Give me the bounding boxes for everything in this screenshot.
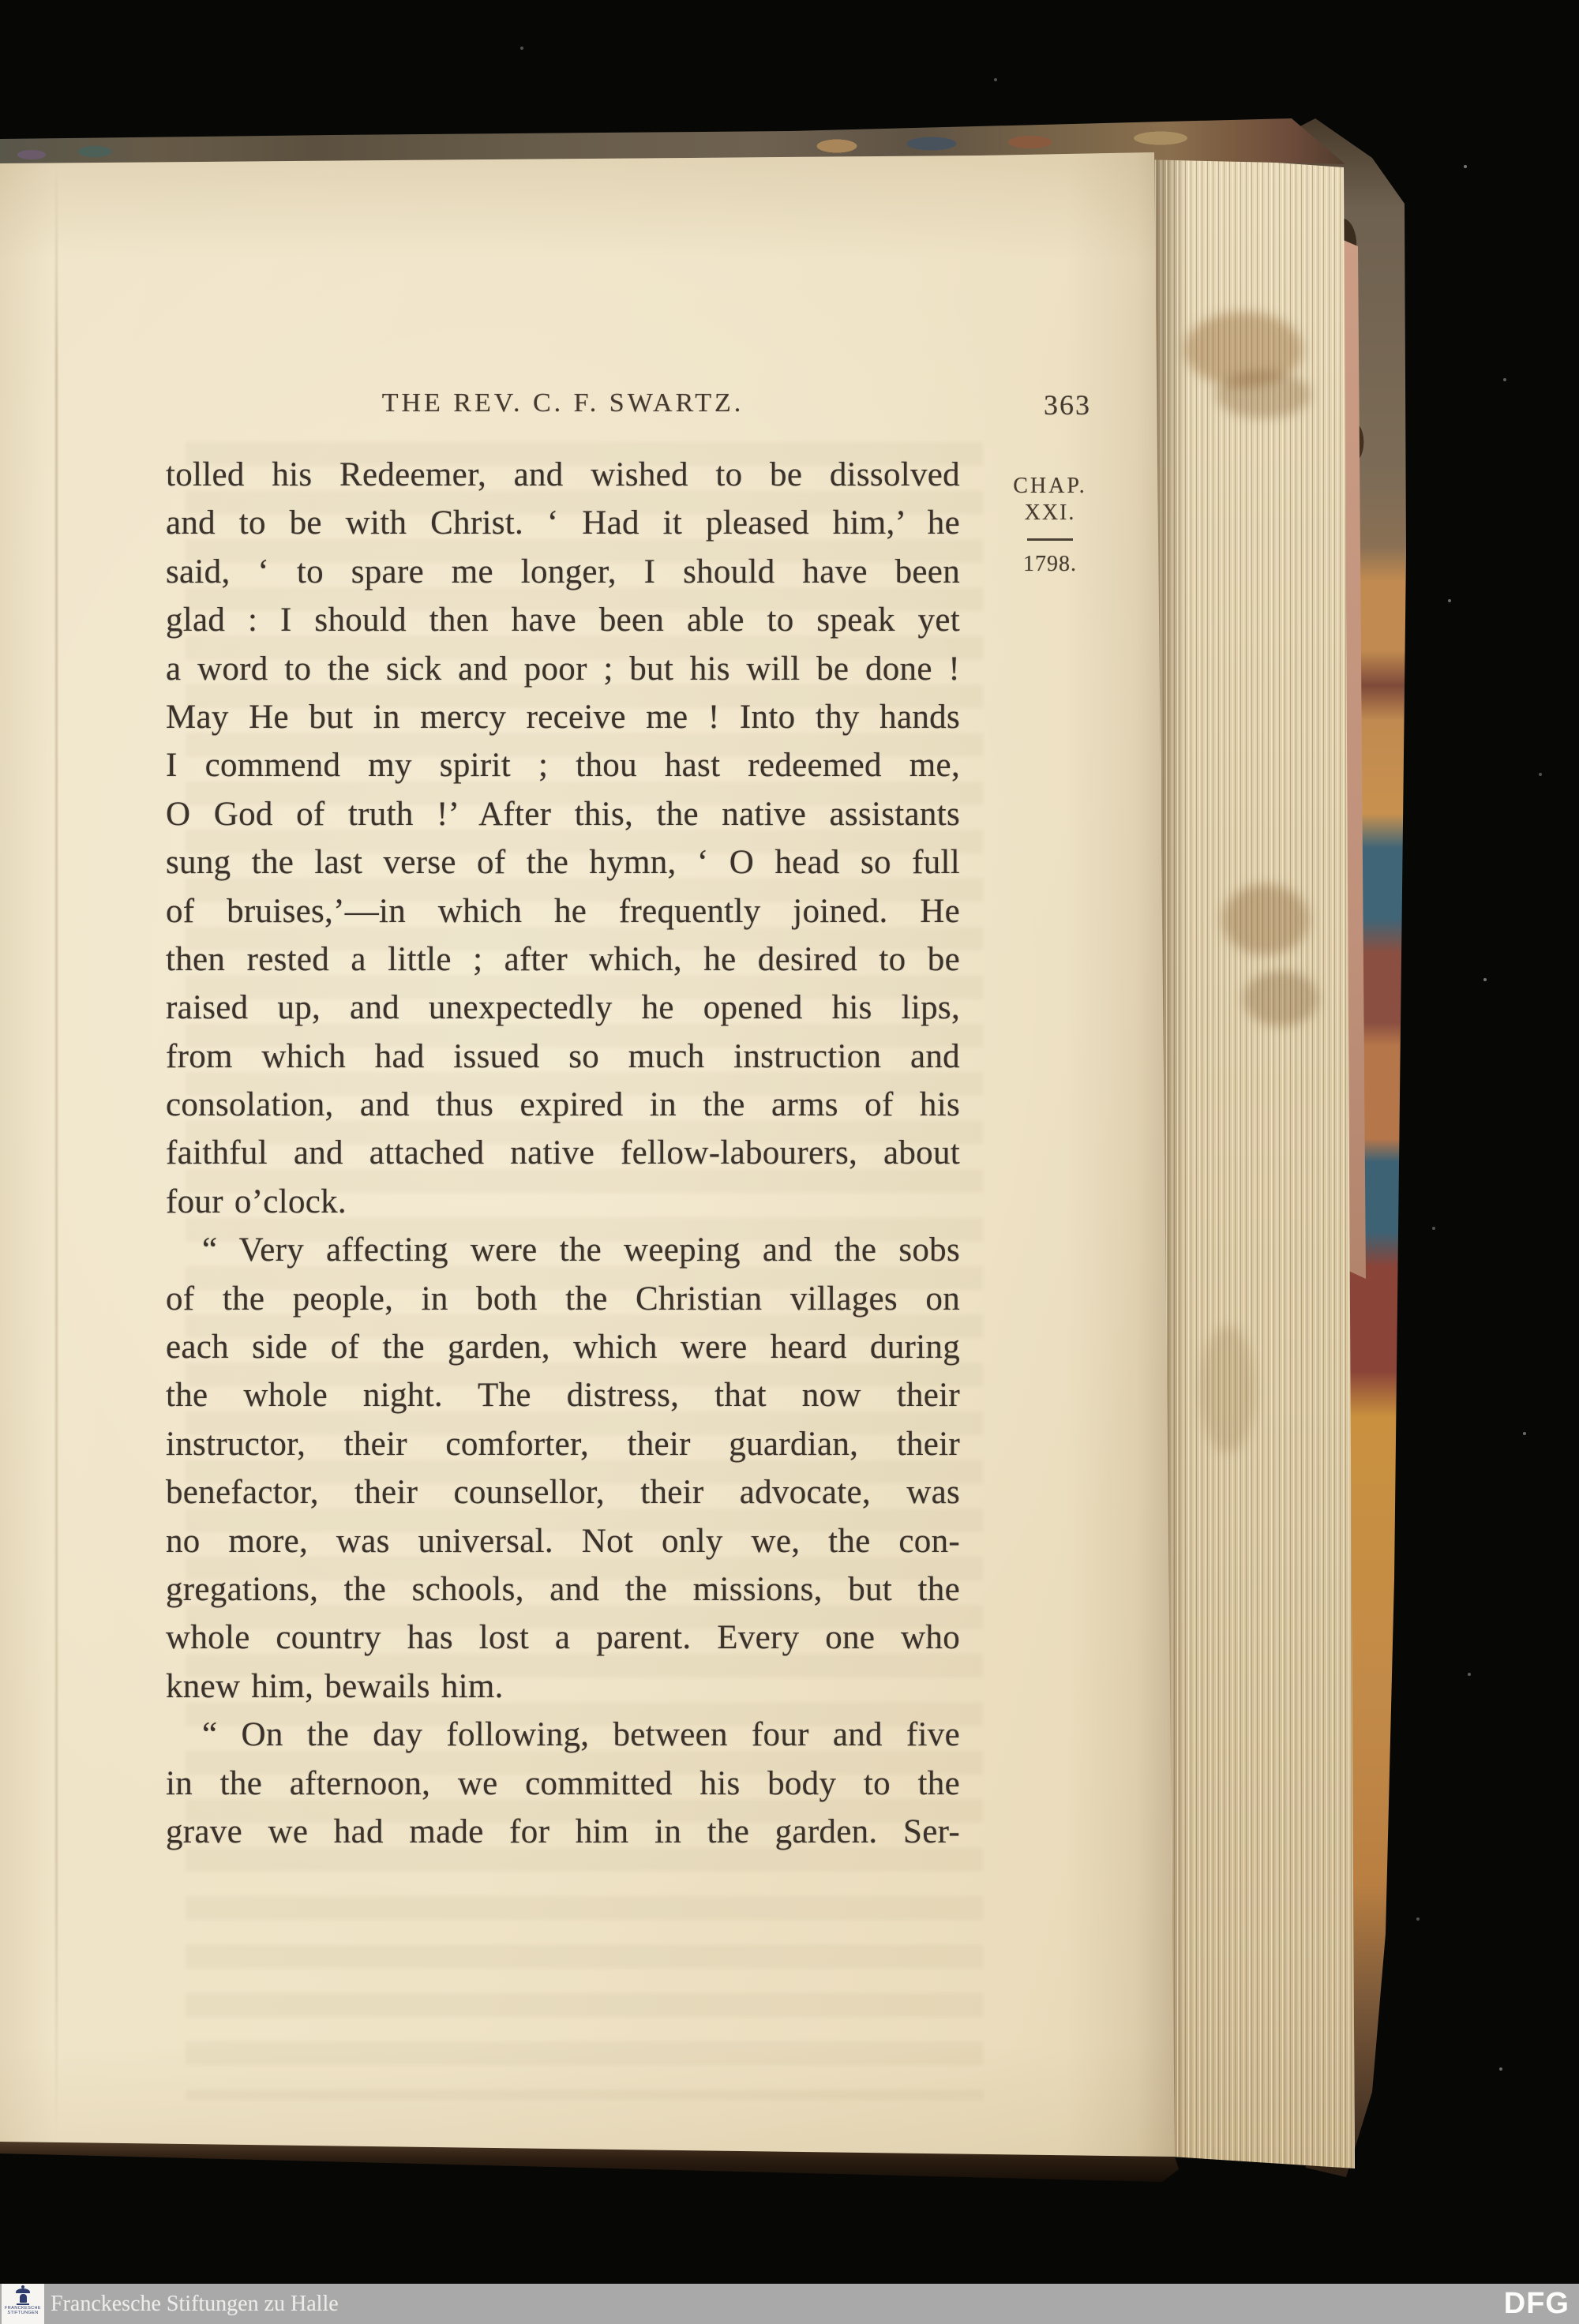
body-line: grave we had made for him in the garden.… bbox=[166, 1808, 960, 1856]
body-line: benefactor, their counsellor, their advo… bbox=[166, 1468, 960, 1516]
body-line: each side of the garden, which were hear… bbox=[166, 1323, 960, 1371]
body-line: whole country has lost a parent. Every o… bbox=[166, 1614, 960, 1662]
body-line: gregations, the schools, and the mission… bbox=[166, 1565, 960, 1614]
body-line: said, ‘ to spare me longer, I should hav… bbox=[166, 548, 960, 596]
running-head: THE REV. C. F. SWARTZ. bbox=[166, 388, 960, 418]
body-line: consolation, and thus expired in the arm… bbox=[166, 1081, 960, 1129]
dfg-logo: DFG bbox=[1504, 2284, 1570, 2324]
year-label: 1798. bbox=[1001, 552, 1099, 577]
institution-name: Franckesche Stiftungen zu Halle bbox=[51, 2284, 339, 2324]
logo-caption: FRANCKESCHE STIFTUNGEN bbox=[5, 2306, 41, 2315]
body-line: I commend my spirit ; thou hast redeemed… bbox=[166, 741, 960, 789]
body-line: raised up, and unexpectedly he opened hi… bbox=[166, 984, 960, 1032]
fore-edge-stain bbox=[1222, 884, 1309, 955]
body-line: “ On the day following, between four and… bbox=[166, 1711, 960, 1759]
chapter-numeral: XXI. bbox=[1001, 500, 1099, 526]
chapter-label: CHAP. bbox=[1001, 474, 1099, 499]
dust-specks bbox=[0, 0, 2, 2]
body-line: May He but in mercy receive me ! Into th… bbox=[166, 693, 960, 741]
body-line: faithful and attached native fellow-labo… bbox=[166, 1129, 960, 1177]
body-line: sung the last verse of the hymn, ‘ O hea… bbox=[166, 838, 960, 886]
margin-note: CHAP. XXI. 1798. bbox=[1001, 474, 1099, 577]
body-line: O God of truth !’ After this, the native… bbox=[166, 790, 960, 838]
body-line: and to be with Christ. ‘ Had it pleased … bbox=[166, 499, 960, 547]
body-line: instructor, their comforter, their guard… bbox=[166, 1420, 960, 1468]
franckesche-stiftungen-logo: FRANCKESCHE STIFTUNGEN bbox=[2, 2284, 44, 2324]
logo-caption-line2: STIFTUNGEN bbox=[5, 2311, 41, 2315]
book-scan-photo: THE REV. C. F. SWARTZ. 363 CHAP. XXI. 17… bbox=[0, 0, 1579, 2324]
margin-rule bbox=[1027, 538, 1073, 541]
page-crease bbox=[55, 163, 58, 2142]
body-line: “ Very affecting were the weeping and th… bbox=[166, 1226, 960, 1274]
body-line: no more, was universal. Not only we, the… bbox=[166, 1517, 960, 1565]
body-line: glad : I should then have been able to s… bbox=[166, 596, 960, 644]
body-line: four o’clock. bbox=[166, 1178, 960, 1226]
footer-bar: FRANCKESCHE STIFTUNGEN Franckesche Stift… bbox=[0, 2284, 1579, 2324]
body-line: from which had issued so much instructio… bbox=[166, 1033, 960, 1081]
fore-edge-stain bbox=[1200, 1326, 1255, 1452]
body-line: of the people, in both the Christian vil… bbox=[166, 1275, 960, 1323]
body-line: the whole night. The distress, that now … bbox=[166, 1371, 960, 1419]
fore-edge-stain bbox=[1216, 371, 1311, 418]
body-line: a word to the sick and poor ; but his wi… bbox=[166, 645, 960, 693]
body-text: tolled his Redeemer, and wished to be di… bbox=[166, 451, 960, 1856]
franckesche-emblem-icon bbox=[9, 2285, 36, 2306]
body-line: in the afternoon, we committed his body … bbox=[166, 1760, 960, 1808]
body-line: then rested a little ; after which, he d… bbox=[166, 935, 960, 984]
fore-edge-stain bbox=[1243, 971, 1318, 1026]
body-line: of bruises,’—in which he frequently join… bbox=[166, 887, 960, 935]
body-line: knew him, bewails him. bbox=[166, 1662, 960, 1711]
body-line: tolled his Redeemer, and wished to be di… bbox=[166, 451, 960, 499]
page-number: 363 bbox=[1044, 388, 1091, 422]
